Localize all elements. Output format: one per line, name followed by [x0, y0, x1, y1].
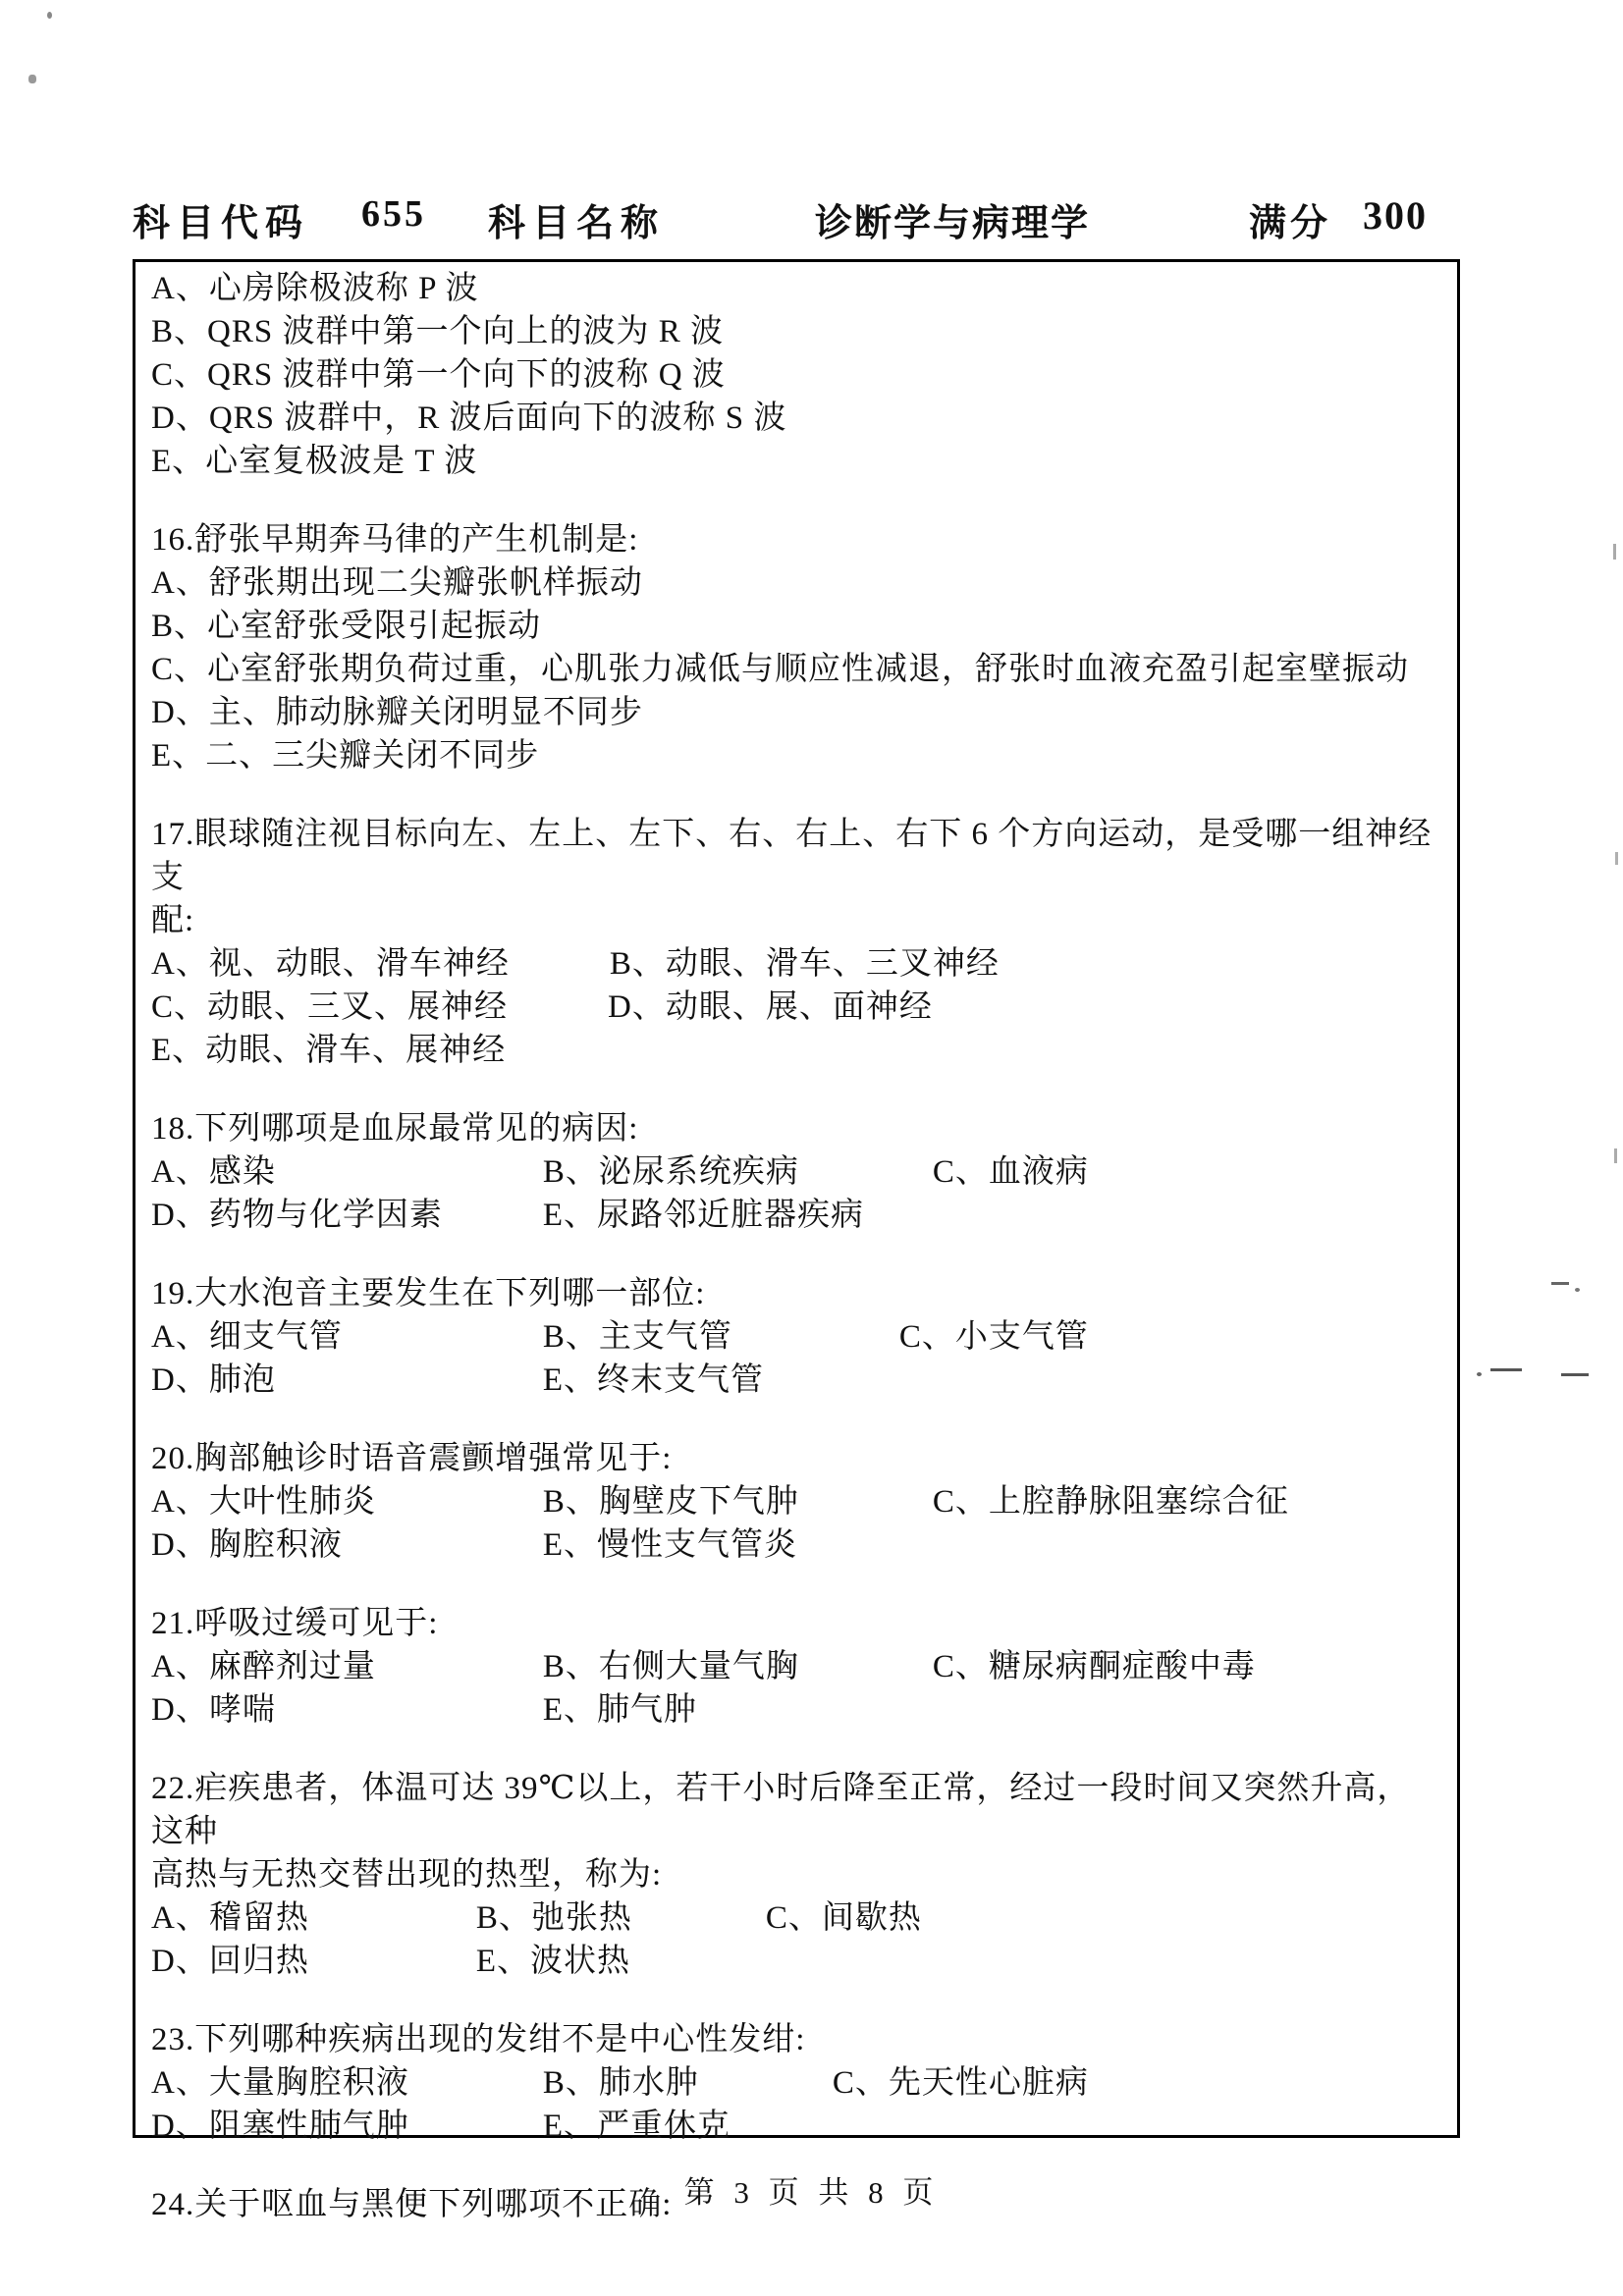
question-block-16: 16.舒张早期奔马律的产生机制是:A、舒张期出现二尖瓣张帆样振动B、心室舒张受限…: [151, 518, 1443, 777]
question-block-15-options: A、心房除极波称 P 波B、QRS 波群中第一个向上的波为 R 波C、QRS 波…: [151, 267, 1443, 483]
question-line: 16.舒张早期奔马律的产生机制是:: [151, 518, 1443, 561]
question-line: E、二、三尖瓣关闭不同步: [151, 734, 1443, 777]
question-line: 21.呼吸过缓可见于:: [151, 1602, 1443, 1645]
question-line: 19.大水泡音主要发生在下列哪一部位:: [151, 1272, 1443, 1315]
question-line: A、视、动眼、滑车神经 B、动眼、滑车、三叉神经: [151, 942, 1443, 986]
subject-name-value: 诊断学与病理学: [815, 192, 1090, 246]
scan-artifact-dot: [1575, 1288, 1580, 1292]
scan-artifact-speck: [28, 75, 36, 83]
question-line: D、回归热 E、波状热: [151, 1940, 1443, 1983]
question-block-22: 22.疟疾患者，体温可达 39℃以上，若干小时后降至正常，经过一段时间又突然升高…: [151, 1767, 1443, 1983]
scan-artifact-edge-tick: [1613, 544, 1616, 560]
question-block-20: 20.胸部触诊时语音震颤增强常见于:A、大叶性肺炎 B、胸壁皮下气肿 C、上腔静…: [151, 1437, 1443, 1567]
question-block-21: 21.呼吸过缓可见于:A、麻醉剂过量 B、右侧大量气胸 C、糖尿病酮症酸中毒D、…: [151, 1602, 1443, 1732]
question-line: A、大量胸腔积液 B、肺水肿 C、先天性心脏病: [151, 2061, 1443, 2105]
scan-artifact-speck: [47, 12, 52, 19]
question-line: A、大叶性肺炎 B、胸壁皮下气肿 C、上腔静脉阻塞综合征: [151, 1480, 1443, 1523]
scan-artifact-dash: [1561, 1373, 1589, 1376]
question-line: D、药物与化学因素 E、尿路邻近脏器疾病: [151, 1194, 1443, 1237]
paper-header: 科目代码 655 科目名称 诊断学与病理学 满分 300: [0, 192, 1623, 251]
question-line: A、舒张期出现二尖瓣张帆样振动: [151, 561, 1443, 605]
subject-code-value: 655: [361, 192, 426, 236]
question-block-18: 18.下列哪项是血尿最常见的病因:A、感染 B、泌尿系统疾病 C、血液病D、药物…: [151, 1107, 1443, 1237]
question-line: D、阻塞性肺气肿 E、严重休克: [151, 2105, 1443, 2148]
question-line: A、细支气管 B、主支气管 C、小支气管: [151, 1315, 1443, 1359]
subject-name-label: 科目名称: [488, 192, 665, 246]
question-line: 17.眼球随注视目标向左、左上、左下、右、右上、右下 6 个方向运动，是受哪一组…: [151, 813, 1443, 899]
question-line: A、稽留热 B、弛张热 C、间歇热: [151, 1896, 1443, 1940]
subject-code-label: 科目代码: [133, 192, 309, 246]
question-line: 20.胸部触诊时语音震颤增强常见于:: [151, 1437, 1443, 1480]
question-line: E、动眼、滑车、展神经: [151, 1029, 1443, 1072]
question-line: 23.下列哪种疾病出现的发绀不是中心性发绀:: [151, 2018, 1443, 2061]
questions-box: A、心房除极波称 P 波B、QRS 波群中第一个向上的波为 R 波C、QRS 波…: [133, 259, 1460, 2138]
question-line: A、麻醉剂过量 B、右侧大量气胸 C、糖尿病酮症酸中毒: [151, 1645, 1443, 1688]
exam-paper-page: 科目代码 655 科目名称 诊断学与病理学 满分 300 A、心房除极波称 P …: [0, 0, 1623, 2296]
question-block-23: 23.下列哪种疾病出现的发绀不是中心性发绀:A、大量胸腔积液 B、肺水肿 C、先…: [151, 2018, 1443, 2148]
question-line: C、动眼、三叉、展神经 D、动眼、展、面神经: [151, 986, 1443, 1029]
question-line: D、哮喘 E、肺气肿: [151, 1688, 1443, 1732]
full-score-label: 满分: [1249, 192, 1331, 246]
question-line: D、主、肺动脉瓣关闭明显不同步: [151, 691, 1443, 734]
question-line: D、胸腔积液 E、慢性支气管炎: [151, 1523, 1443, 1567]
question-line: E、心室复极波是 T 波: [151, 440, 1443, 483]
question-line: B、心室舒张受限引起振动: [151, 605, 1443, 648]
question-block-17: 17.眼球随注视目标向左、左上、左下、右、右上、右下 6 个方向运动，是受哪一组…: [151, 813, 1443, 1072]
scan-artifact-dash: [1551, 1282, 1569, 1285]
scan-artifact-dash: [1490, 1368, 1522, 1371]
question-line: 配:: [151, 899, 1443, 942]
scan-artifact-dot: [1477, 1372, 1482, 1376]
question-line: D、QRS 波群中，R 波后面向下的波称 S 波: [151, 397, 1443, 440]
question-line: C、QRS 波群中第一个向下的波称 Q 波: [151, 353, 1443, 397]
question-line: A、感染 B、泌尿系统疾病 C、血液病: [151, 1150, 1443, 1194]
question-line: D、肺泡 E、终末支气管: [151, 1359, 1443, 1402]
question-line: 18.下列哪项是血尿最常见的病因:: [151, 1107, 1443, 1150]
scan-artifact-edge-tick: [1615, 852, 1618, 865]
page-number-indicator: 第 3 页 共 8 页: [0, 2167, 1623, 2212]
question-block-19: 19.大水泡音主要发生在下列哪一部位:A、细支气管 B、主支气管 C、小支气管D…: [151, 1272, 1443, 1402]
question-line: C、心室舒张期负荷过重，心肌张力减低与顺应性减退，舒张时血液充盈引起室壁振动: [151, 648, 1443, 691]
scan-artifact-edge-tick: [1614, 1148, 1617, 1163]
question-line: 高热与无热交替出现的热型，称为:: [151, 1853, 1443, 1896]
question-line: 22.疟疾患者，体温可达 39℃以上，若干小时后降至正常，经过一段时间又突然升高…: [151, 1767, 1443, 1853]
full-score-value: 300: [1363, 192, 1428, 239]
question-line: B、QRS 波群中第一个向上的波为 R 波: [151, 310, 1443, 353]
question-line: A、心房除极波称 P 波: [151, 267, 1443, 310]
